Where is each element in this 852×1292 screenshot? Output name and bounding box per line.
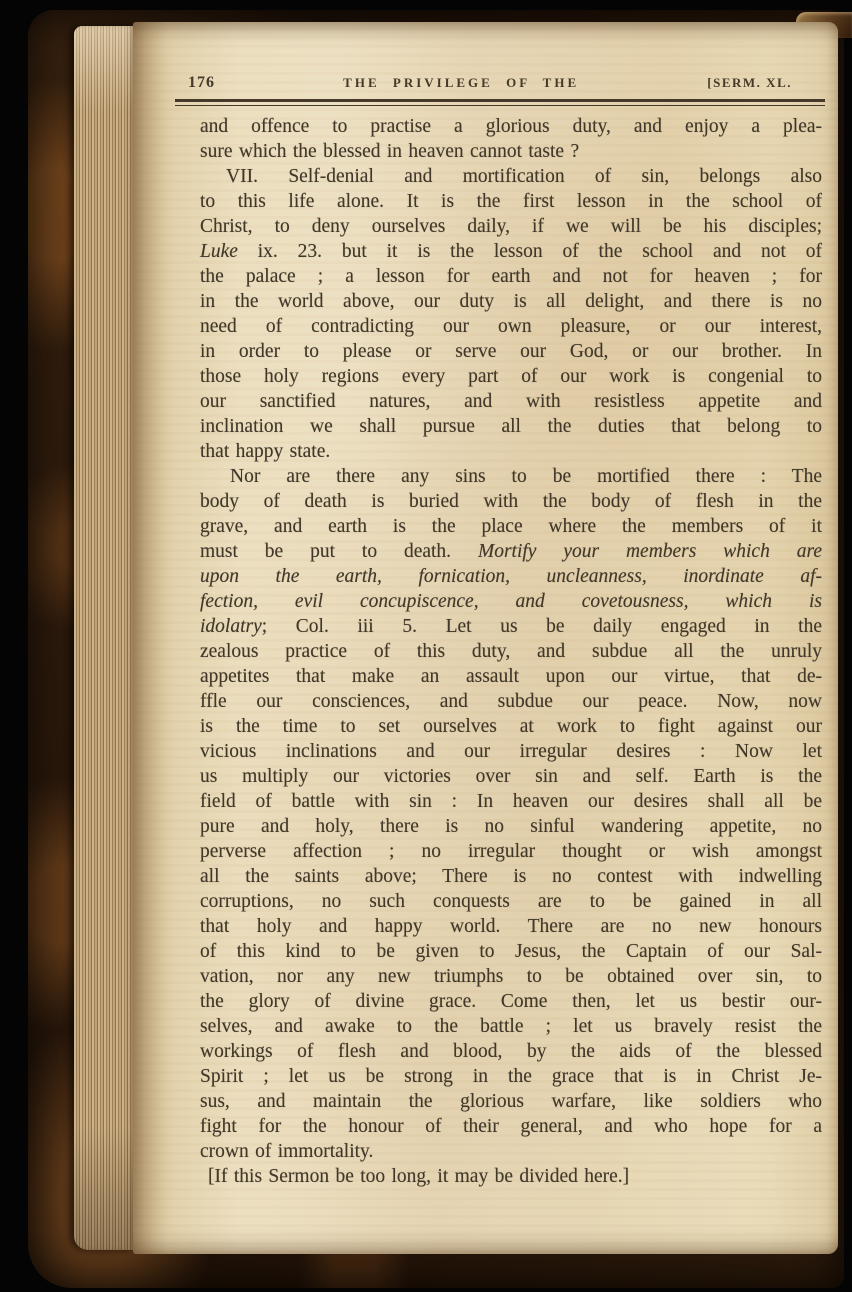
text-segment: vation, nor any new triumphs to be obtai…	[200, 966, 822, 987]
text-line: [If this Sermon be too long, it may be d…	[200, 1164, 822, 1189]
text-line: grave, and earth is the place where the …	[200, 514, 822, 539]
text-segment: us multiply our victories over sin and s…	[200, 766, 822, 787]
text-block: and offence to practise a glorious duty,…	[200, 114, 822, 1189]
text-segment: is the time to set ourselves at work to …	[200, 716, 822, 737]
text-segment: Spirit ; let us be strong in the grace t…	[200, 1066, 822, 1087]
text-line: the palace ; a lesson for earth and not …	[200, 264, 822, 289]
text-segment: in order to please or serve our God, or …	[200, 341, 822, 362]
text-line: vicious inclinations and our irregular d…	[200, 739, 822, 764]
text-line: sure which the blessed in heaven cannot …	[200, 139, 822, 164]
running-title: THE PRIVILEGE OF THE	[215, 75, 707, 91]
text-line: crown of immortality.	[200, 1139, 822, 1164]
text-segment: ffle our consciences, and subdue our pea…	[200, 691, 822, 712]
text-segment: that holy and happy world. There are no …	[200, 916, 822, 937]
text-line: field of battle with sin : In heaven our…	[200, 789, 822, 814]
page-header: 176 THE PRIVILEGE OF THE [SERM. XL.	[188, 74, 828, 92]
text-line: those holy regions every part of our wor…	[200, 364, 822, 389]
text-line: Nor are there any sins to be mortified t…	[200, 464, 822, 489]
text-segment: perverse affection ; no irregular though…	[200, 841, 822, 862]
text-segment: fight for the honour of their general, a…	[200, 1116, 822, 1137]
text-line: all the saints above; There is no contes…	[200, 864, 822, 889]
text-line: perverse affection ; no irregular though…	[200, 839, 822, 864]
text-segment: pure and holy, there is no sinful wander…	[200, 816, 822, 837]
text-segment: grave, and earth is the place where the …	[200, 516, 822, 537]
text-segment: that happy state.	[200, 441, 330, 462]
text-segment: VII. Self-denial and mortification of si…	[226, 166, 822, 187]
book-page: 176 THE PRIVILEGE OF THE [SERM. XL. and …	[133, 22, 838, 1254]
text-segment: and offence to practise a glorious duty,…	[200, 116, 822, 137]
italic-text-segment: Luke	[200, 241, 238, 262]
text-line: Spirit ; let us be strong in the grace t…	[200, 1064, 822, 1089]
italic-text-segment: upon the earth, fornication, uncleanness…	[200, 566, 822, 587]
text-line: VII. Self-denial and mortification of si…	[200, 164, 822, 189]
text-segment: field of battle with sin : In heaven our…	[200, 791, 822, 812]
text-line: the glory of divine grace. Come then, le…	[200, 989, 822, 1014]
text-segment: [If this Sermon be too long, it may be d…	[208, 1166, 629, 1187]
italic-text-segment: Mortify your members which are	[478, 541, 822, 562]
text-line: and offence to practise a glorious duty,…	[200, 114, 822, 139]
text-segment: those holy regions every part of our wor…	[200, 366, 822, 387]
text-line: workings of flesh and blood, by the aids…	[200, 1039, 822, 1064]
text-line: fight for the honour of their general, a…	[200, 1114, 822, 1139]
text-segment: to this life alone. It is the first less…	[200, 191, 822, 212]
section-label: [SERM. XL.	[707, 75, 828, 91]
text-segment: inclination we shall pursue all the duti…	[200, 416, 822, 437]
text-line: upon the earth, fornication, uncleanness…	[200, 564, 822, 589]
text-segment: sus, and maintain the glorious warfare, …	[200, 1091, 822, 1112]
text-line: of this kind to be given to Jesus, the C…	[200, 939, 822, 964]
text-line: need of contradicting our own pleasure, …	[200, 314, 822, 339]
text-line: sus, and maintain the glorious warfare, …	[200, 1089, 822, 1114]
text-segment: our sanctified natures, and with resistl…	[200, 391, 822, 412]
text-line: selves, and awake to the battle ; let us…	[200, 1014, 822, 1039]
header-rule	[175, 99, 825, 106]
text-line: inclination we shall pursue all the duti…	[200, 414, 822, 439]
text-segment: sure which the blessed in heaven cannot …	[200, 141, 579, 162]
text-line: Luke ix. 23. but it is the lesson of the…	[200, 239, 822, 264]
text-line: fection, evil concupiscence, and covetou…	[200, 589, 822, 614]
text-segment: must be put to death.	[200, 541, 478, 562]
page-number: 176	[188, 74, 215, 92]
text-line: zealous practice of this duty, and subdu…	[200, 639, 822, 664]
page-edge-stack	[74, 26, 135, 1250]
text-line: pure and holy, there is no sinful wander…	[200, 814, 822, 839]
text-segment: in the world above, our duty is all deli…	[200, 291, 822, 312]
text-segment: the glory of divine grace. Come then, le…	[200, 991, 822, 1012]
text-segment: Nor are there any sins to be mortified t…	[230, 466, 822, 487]
text-segment: the palace ; a lesson for earth and not …	[200, 266, 822, 287]
text-line: body of death is buried with the body of…	[200, 489, 822, 514]
text-line: that holy and happy world. There are no …	[200, 914, 822, 939]
text-line: is the time to set ourselves at work to …	[200, 714, 822, 739]
text-segment: vicious inclinations and our irregular d…	[200, 741, 822, 762]
text-segment: all the saints above; There is no contes…	[200, 866, 822, 887]
italic-text-segment: fection, evil concupiscence, and covetou…	[200, 591, 822, 612]
text-segment: body of death is buried with the body of…	[200, 491, 822, 512]
italic-text-segment: idolatry	[200, 616, 262, 637]
text-line: in the world above, our duty is all deli…	[200, 289, 822, 314]
text-line: ffle our consciences, and subdue our pea…	[200, 689, 822, 714]
text-segment: Christ, to deny ourselves daily, if we w…	[200, 216, 822, 237]
text-line: our sanctified natures, and with resistl…	[200, 389, 822, 414]
text-segment: zealous practice of this duty, and subdu…	[200, 641, 822, 662]
book-scan: 176 THE PRIVILEGE OF THE [SERM. XL. and …	[0, 0, 852, 1292]
text-line: must be put to death. Mortify your membe…	[200, 539, 822, 564]
text-line: that happy state.	[200, 439, 822, 464]
text-line: corruptions, no such conquests are to be…	[200, 889, 822, 914]
text-line: to this life alone. It is the first less…	[200, 189, 822, 214]
text-segment: appetites that make an assault upon our …	[200, 666, 822, 687]
text-line: appetites that make an assault upon our …	[200, 664, 822, 689]
text-line: vation, nor any new triumphs to be obtai…	[200, 964, 822, 989]
text-segment: selves, and awake to the battle ; let us…	[200, 1016, 822, 1037]
text-segment: ix. 23. but it is the lesson of the scho…	[238, 241, 822, 262]
text-segment: workings of flesh and blood, by the aids…	[200, 1041, 822, 1062]
text-line: us multiply our victories over sin and s…	[200, 764, 822, 789]
text-segment: need of contradicting our own pleasure, …	[200, 316, 822, 337]
text-segment: of this kind to be given to Jesus, the C…	[200, 941, 822, 962]
text-line: in order to please or serve our God, or …	[200, 339, 822, 364]
text-segment: ; Col. iii 5. Let us be daily engaged in…	[262, 616, 822, 637]
text-segment: corruptions, no such conquests are to be…	[200, 891, 822, 912]
text-line: idolatry; Col. iii 5. Let us be daily en…	[200, 614, 822, 639]
text-line: Christ, to deny ourselves daily, if we w…	[200, 214, 822, 239]
text-segment: crown of immortality.	[200, 1141, 373, 1162]
